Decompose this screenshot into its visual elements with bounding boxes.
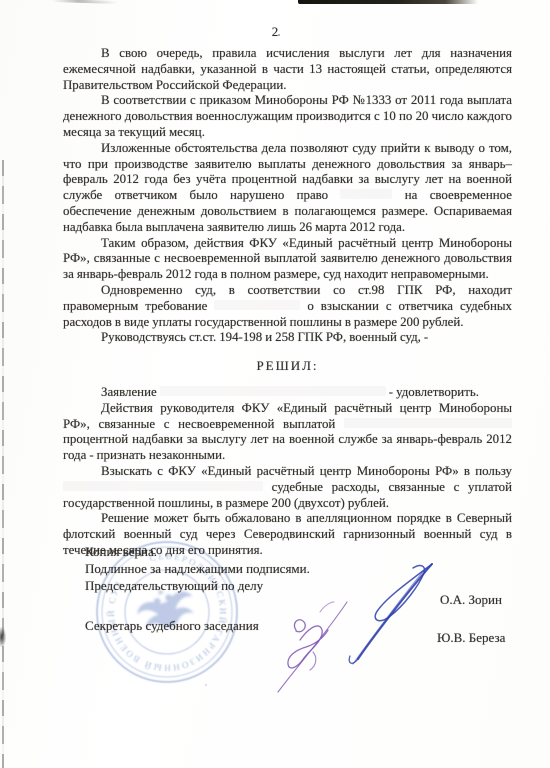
scan-artifact-left-blob (0, 627, 6, 647)
redacted-name-blank (340, 189, 392, 199)
paragraph-declare-illegal: Действия руководителя ФКУ «Единый расчёт… (63, 401, 512, 464)
scan-artifact-top-edge (298, 0, 478, 4)
paragraph-actions-unlawful: Таким образом, действия ФКУ «Единый расч… (63, 236, 512, 283)
page-number: 2 (0, 24, 550, 40)
redacted-name-blank (63, 481, 263, 491)
scan-artifact-top-left-streak (52, 0, 118, 4)
paragraph-guided-by: Руководствуясь ст.ст. 194-198 и 258 ГПК … (63, 330, 512, 346)
court-stamp-icon: СЕВЕРОДВИНСКИЙ ГАРНИЗОННЫЙ ВОЕННЫЙ СУД (94, 539, 240, 685)
signatures-ink (258, 552, 458, 712)
presiding-signature-ink (349, 564, 432, 664)
secretary-signature-ink (278, 602, 347, 692)
paragraph-court-conclusion: Изложенные обстоятельства дела позволяют… (63, 141, 512, 236)
paragraph-recover-costs: Взыскать с ФКУ «Единый расчётный центр М… (63, 464, 512, 511)
paragraph-calculation-rules: В свою очередь, правила исчисления выслу… (63, 46, 512, 93)
scan-artifact-left-edge (2, 160, 4, 768)
paragraph-order-1333: В соответствии с приказом Минобороны РФ … (63, 93, 512, 140)
scanned-court-decision-page: 2 В свою очередь, правила исчисления выс… (0, 0, 550, 768)
paragraph-court-costs: Одновременно суд, в соответствии со ст.9… (63, 283, 512, 330)
decision-heading: РЕШИЛ: (63, 358, 512, 374)
paragraph-application-satisfied: Заявление - удовлетворить. (63, 385, 512, 401)
stamp-eagle-emblem-icon (132, 580, 200, 636)
document-body: В свою очередь, правила исчисления выслу… (63, 46, 512, 559)
redacted-name-blank (160, 386, 386, 396)
redacted-name-blank (344, 418, 512, 428)
redacted-name-blank (214, 300, 300, 310)
